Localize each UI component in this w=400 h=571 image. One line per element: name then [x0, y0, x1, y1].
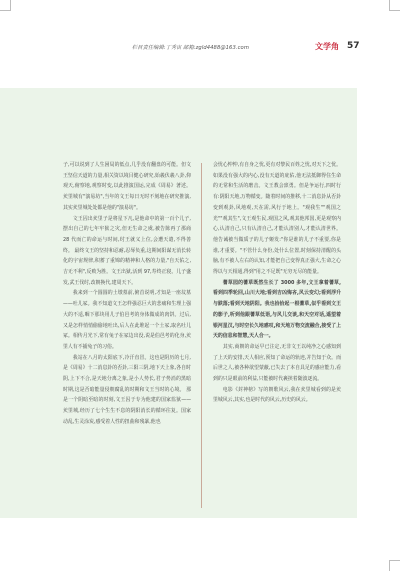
paragraph: 电影《封神榜》写的朝歌风云,我在羑里城看到的是羑里城风云,其实,也是时代的风云,… [213, 385, 341, 406]
column-divider [201, 163, 202, 508]
article-left-column: 子,可以说到了人生困局的低点,几乎没有翻盘的可能。但文王坚信天道的力量,相关资以… [63, 160, 191, 428]
paragraph: 子,可以说到了人生困局的低点,几乎没有翻盘的可能。但文王坚信天道的力量,相关资以… [63, 160, 191, 214]
editor-contact-note: 栏目责任编辑:丁秀宙 邮箱:zgld4488@163.com [132, 44, 249, 51]
crop-mark-bottom-right [389, 560, 400, 571]
paragraph: 文王囚出羑里子是将星下凡,是他命中的第一百个儿子,摆出自己的七年牢狱之灾,但无生… [63, 214, 191, 289]
crop-mark-top-right [389, 0, 400, 11]
crop-mark-top-left [0, 0, 11, 11]
section-title: 文学角 [315, 41, 339, 52]
paragraph: 我站在八月的太阳底下,冷汗直冒。这也是阴历的七月,是《周易》十二消息卦的否卦,三… [63, 353, 191, 428]
page-number: 57 [347, 41, 360, 51]
paragraph: 蓍草园的蓍草既然生长了 3000 多年,文王拿着蓍草,看到四季轮回,山川大地;看… [213, 278, 341, 342]
article-right-column: 会忧心忡忡,有自身之忧,更有对黎民百姓之忧,对天下之忧。如果没有强大的内心,没有… [213, 160, 341, 406]
paragraph: 我来到一个圆圆的土墩墓前,俯首说明,才知是一座坟墓——吐儿冢。我不知道文王怎样强… [63, 288, 191, 352]
page-header: 栏目责任编辑:丁秀宙 邮箱:zgld4488@163.com 文学角 57 [0, 41, 400, 55]
paragraph: 其实,商朝的命运早已注定,无非文王以纯净之心感知到了上天的安排,天人相应,预知了… [213, 342, 341, 385]
paragraph: 会忧心忡忡,有自身之忧,更有对黎民百姓之忧,对天下之忧。如果没有强大的内心,没有… [213, 160, 341, 278]
